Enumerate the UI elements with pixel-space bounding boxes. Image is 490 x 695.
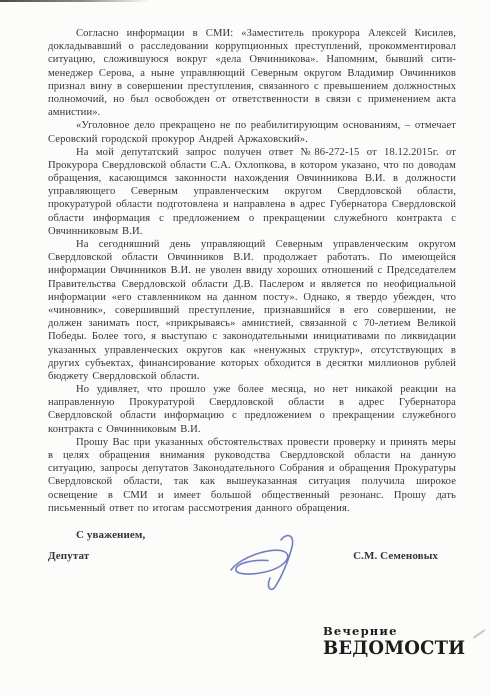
paragraph-1: Согласно информации в СМИ: «Заместитель … — [48, 27, 456, 119]
signatory-name: С.М. Семеновых — [353, 550, 456, 562]
newspaper-watermark: Вечерние ВЕДОМОСТИ — [323, 626, 470, 658]
paragraph-3: На мой депутатский запрос получен ответ … — [48, 146, 456, 238]
signatory-role: Депутат — [48, 550, 89, 562]
letter-page: Согласно информации в СМИ: «Заместитель … — [0, 0, 490, 695]
watermark-line1: Вечерние — [323, 626, 470, 638]
paragraph-6: Прошу Вас при указанных обстоятельствах … — [48, 436, 456, 515]
scan-speck-artifact — [473, 629, 485, 638]
paragraph-5: Но удивляет, что прошло уже более месяца… — [48, 383, 456, 436]
paragraph-4: На сегодняшний день управляющий Северным… — [48, 238, 456, 383]
scan-edge-artifact — [0, 0, 150, 2]
paragraph-2: «Уголовное дело прекращено не по реабили… — [48, 119, 456, 145]
watermark-line2: ВЕДОМОСТИ — [323, 640, 465, 659]
closing-salutation: С уважением, — [48, 529, 456, 541]
signature-row: Депутат С.М. Семеновых — [48, 550, 456, 562]
letter-body: Согласно информации в СМИ: «Заместитель … — [48, 27, 456, 562]
